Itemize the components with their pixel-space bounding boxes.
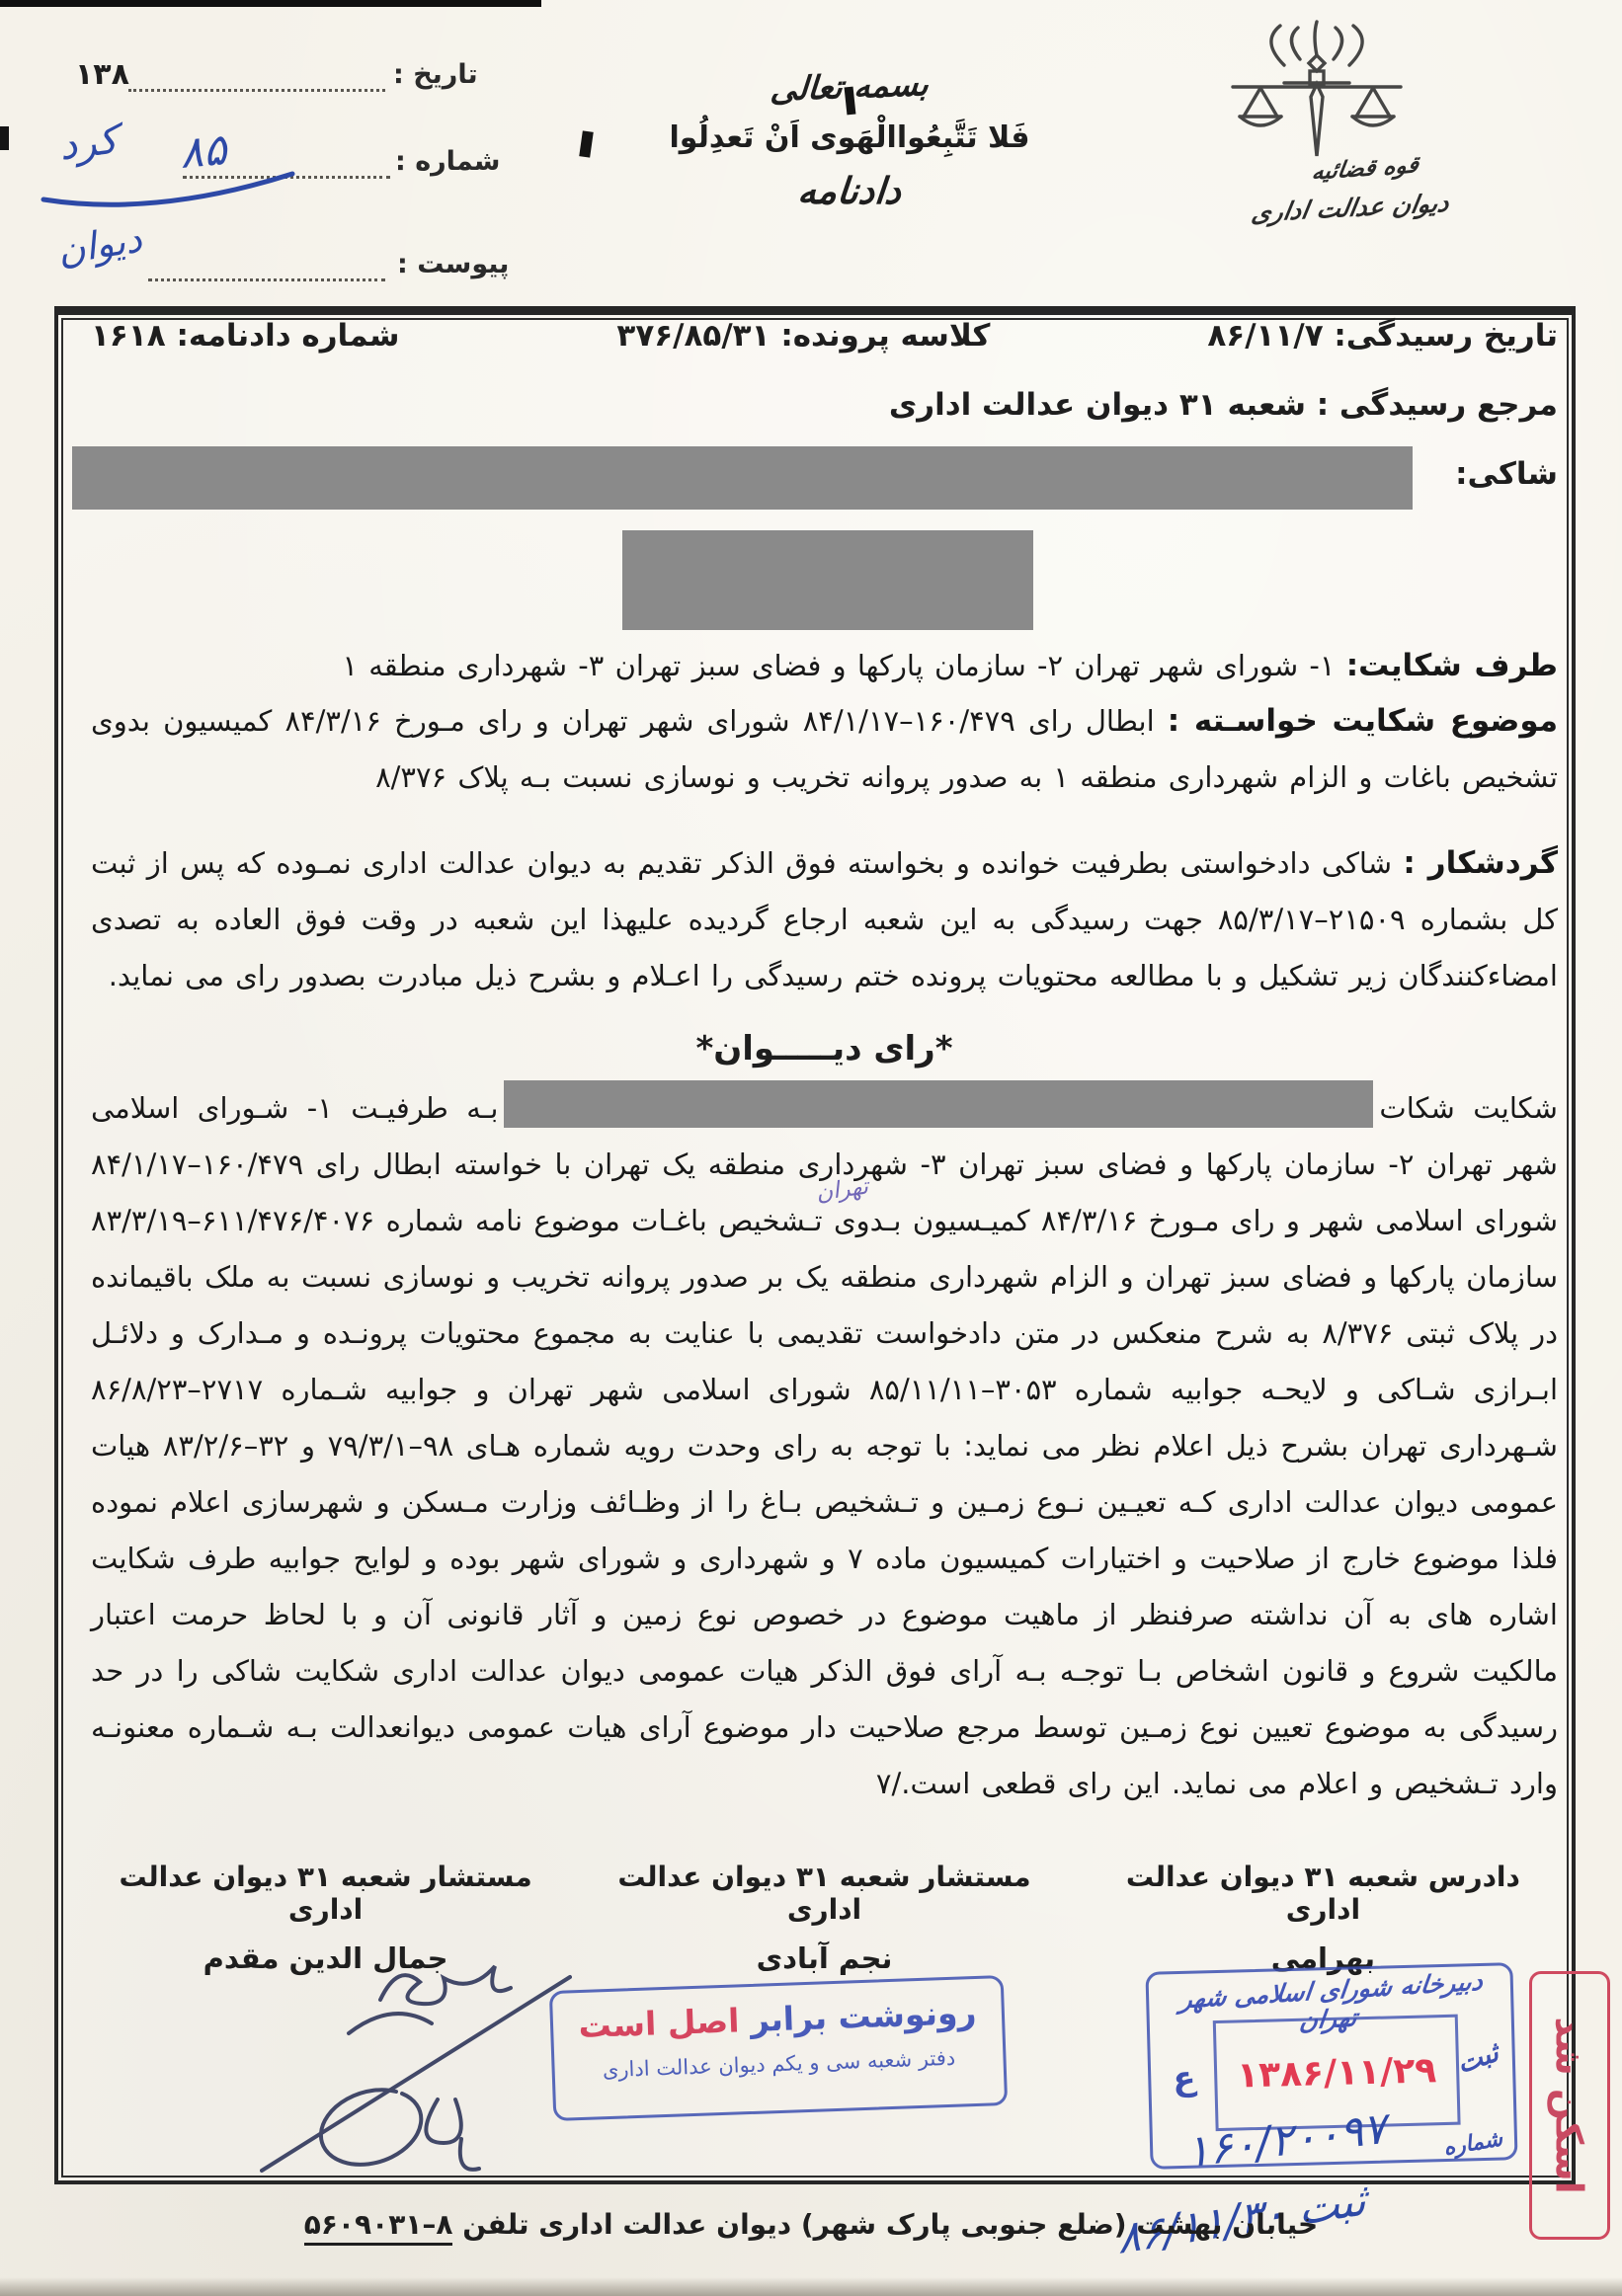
signature-title: مستشار شعبه ۳۱ دیوان عدالت اداری: [590, 1861, 1059, 1926]
signature-title: دادرس شعبه ۳۱ دیوان عدالت اداری: [1089, 1861, 1558, 1926]
respondent-text: ۱- شورای شهر تهران ۲- سازمان پارکها و فض…: [342, 649, 1335, 682]
judgment-doc-title: دادنامه: [729, 170, 970, 212]
authority-value: شعبه ۳۱ دیوان عدالت اداری: [889, 387, 1306, 423]
footer-address: خیابان بهشت (ضلع جنوبی پارک شهر) دیوان ع…: [0, 2208, 1622, 2241]
signature-column-judge: دادرس شعبه ۳۱ دیوان عدالت اداری بهرامی: [1089, 1861, 1558, 1975]
case-class-label: کلاسه پرونده:: [780, 318, 990, 354]
attachment-field-label: پیوست :: [397, 249, 509, 279]
subject-paragraph: موضوع شکایت خواسـته : ابطال رای ۱۶۰/۴۷۹–…: [91, 693, 1558, 806]
handwritten-word: کرد: [56, 118, 120, 170]
certified-copy-text-blue: رونوشت برابر: [750, 1993, 977, 2039]
verdict-text-before: شکایت شکات: [1379, 1091, 1558, 1125]
scanned-judgment-page: { "colors": { "paper": "#f5f2ea", "ink":…: [0, 0, 1622, 2296]
scan-speck-icon: [579, 130, 594, 157]
address-redaction-bar: [622, 530, 1033, 630]
case-class: کلاسه پرونده: ۳۷۶/۸۵/۳۱: [616, 318, 990, 354]
procedure-label: گردشکار :: [1403, 845, 1558, 881]
council-stamp-date: ۱۳۸۶/۱۱/۲۹: [1237, 2050, 1437, 2096]
certified-copy-stamp: رونوشت برابر اصل است دفتر شعبه سی و یکم …: [549, 1975, 1008, 2121]
signature-column-counselor-1: مستشار شعبه ۳۱ دیوان عدالت اداری نجم آبا…: [590, 1861, 1059, 1975]
council-stamp-register-word: ثبت: [1453, 2037, 1502, 2080]
council-stamp-number-label: شماره: [1441, 2126, 1503, 2161]
scan-stamp-text: اسکن شد: [1548, 2017, 1591, 2193]
quran-verse: فَلا تَتَّبِعُواالْهَوی اَنْ تَعدِلُوا: [593, 120, 1106, 155]
procedure-paragraph: گردشکار : شاکی دادخواستی بطرفیت خوانده و…: [91, 835, 1558, 1004]
plaintiff-redaction-bar: [72, 446, 1413, 510]
subject-label: موضوع شکایت خواسـته :: [1168, 703, 1558, 739]
footer-phone: ۸–۵۶۰۹۰۳۱: [304, 2208, 453, 2246]
scan-artifact-left-mark: [0, 126, 9, 150]
attachment-dotted-line: [148, 278, 385, 281]
verdict-heading: *رای دیـــــوان*: [91, 1029, 1558, 1069]
hearing-date: تاریخ رسیدگی: ۸۶/۱۱/۷: [1207, 318, 1558, 354]
handwritten-underline-stroke: [38, 166, 302, 211]
hearing-date-label: تاریخ رسیدگی:: [1334, 318, 1558, 354]
certified-copy-text-red: اصل است: [578, 2001, 740, 2045]
scan-artifact-bottom-shadow: [0, 2277, 1622, 2296]
besmellah: بسمه تعالی: [689, 61, 1010, 111]
handwritten-divan-note: دیوان: [54, 217, 144, 274]
authority-row: مرجع رسیدگی : شعبه ۳۱ دیوان عدالت اداری: [889, 387, 1558, 423]
signature-name: نجم آبادی: [590, 1941, 1059, 1975]
case-header-row: تاریخ رسیدگی: ۸۶/۱۱/۷ کلاسه پرونده: ۳۷۶/…: [91, 318, 1558, 354]
verdict-inline-redaction-bar: [504, 1080, 1373, 1128]
authority-label: مرجع رسیدگی :: [1317, 387, 1558, 423]
footer-address-text: خیابان بهشت (ضلع جنوبی پارک شهر) دیوان ع…: [462, 2208, 1318, 2241]
number-field-label: شماره :: [395, 146, 500, 177]
judgment-number-label: شماره دادنامه:: [177, 318, 400, 354]
scan-stamp: اسکن شد: [1529, 1971, 1610, 2240]
date-dotted-line: [128, 89, 385, 92]
respondent-paragraph: طرف شکایت: ۱- شورای شهر تهران ۲- سازمان …: [91, 638, 1558, 694]
date-century-prefix: ۱۳۸: [75, 57, 129, 92]
procedure-text: شاکی دادخواستی بطرفیت خوانده و بخواسته ف…: [91, 846, 1558, 992]
council-stamp-letter: ع: [1173, 2059, 1196, 2099]
judgment-number-value: ۱۶۱۸: [91, 318, 166, 354]
plaintiff-label: شاکی:: [1455, 456, 1558, 492]
scan-artifact-top-strip: [0, 0, 541, 7]
court-name: دیوان عدالت اداری: [1213, 187, 1487, 229]
hearing-date-value: ۸۶/۱۱/۷: [1207, 318, 1323, 354]
case-class-value: ۳۷۶/۸۵/۳۱: [616, 318, 770, 354]
judgment-number: شماره دادنامه: ۱۶۱۸: [91, 318, 399, 354]
date-field-label: تاریخ :: [393, 59, 478, 90]
scales-of-justice-icon: [1213, 16, 1420, 164]
respondent-label: طرف شکایت:: [1346, 648, 1558, 683]
certified-copy-office-line: دفتر شعبه سی و یکم دیوان عدالت اداری: [554, 2044, 1004, 2084]
